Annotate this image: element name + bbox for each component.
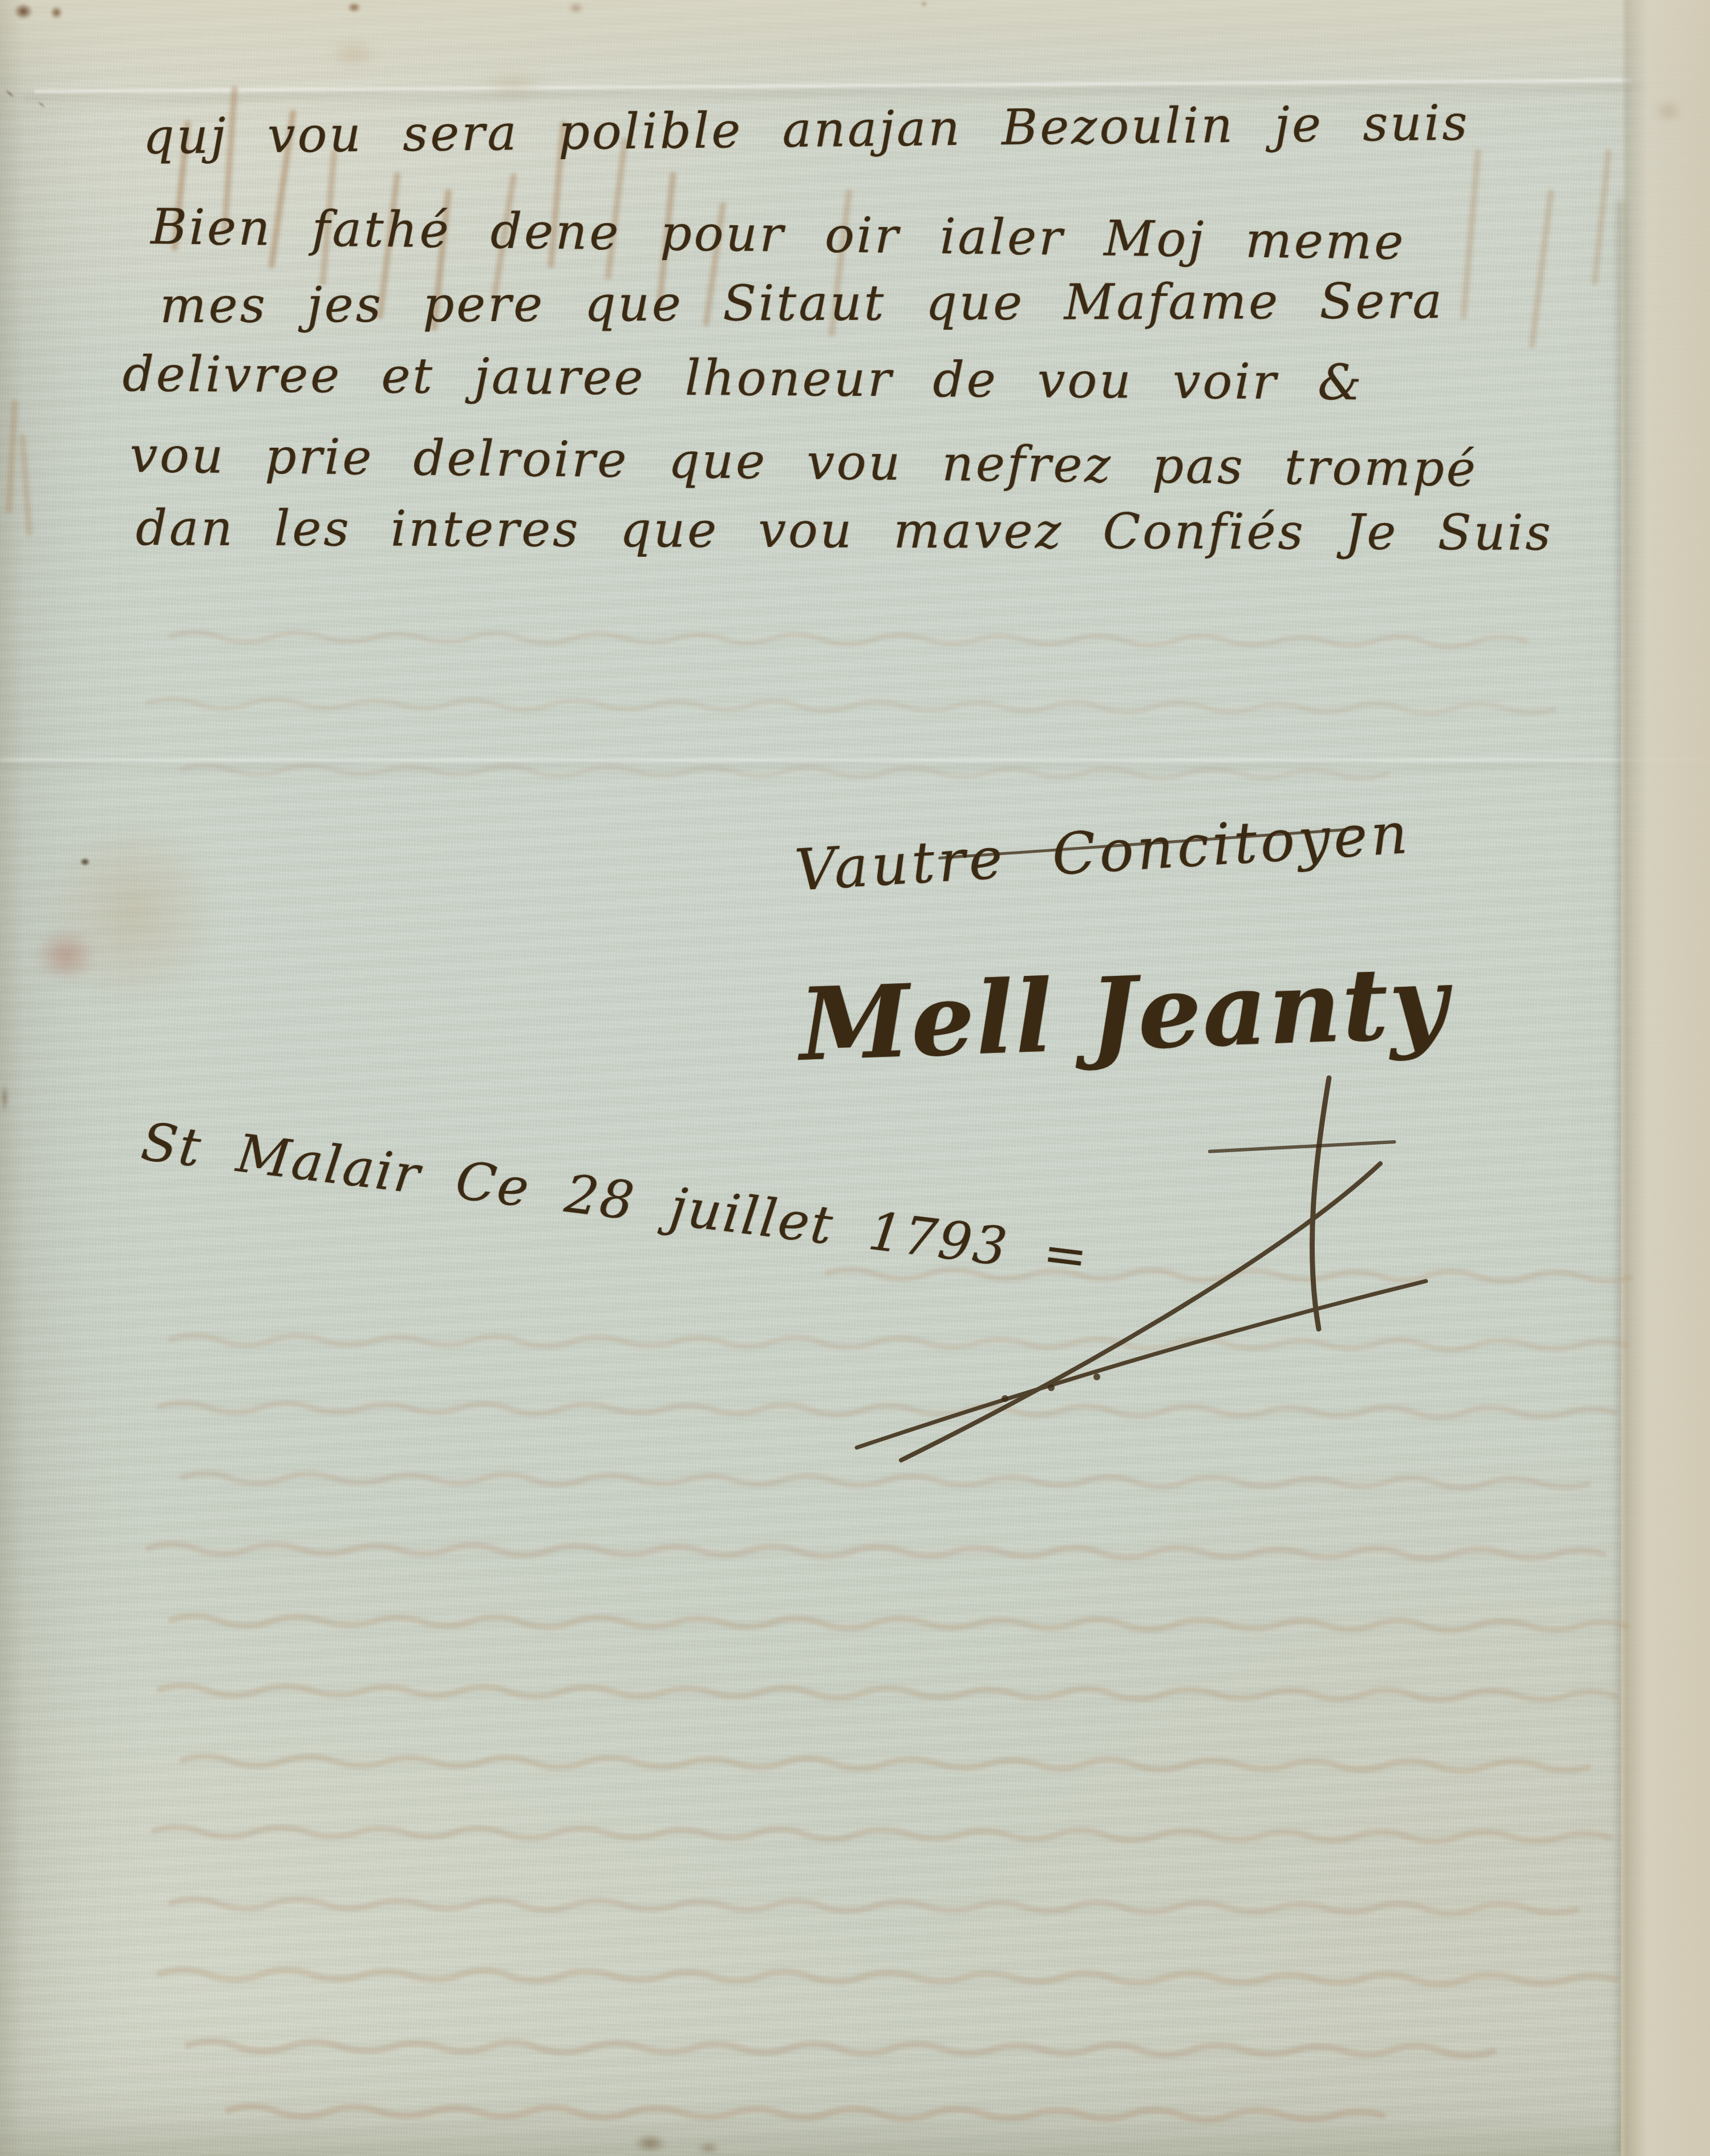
bleedthrough-stroke (1460, 149, 1481, 320)
right-page-edge (1621, 0, 1710, 2156)
stain (919, 0, 929, 8)
bleedthrough-stroke (1591, 149, 1612, 286)
stain (468, 63, 559, 108)
stain (566, 0, 586, 16)
letter-line-2: Bien fathé dene pour oir ialer Moj meme (151, 198, 1406, 271)
stain (0, 1078, 9, 1118)
stain (1648, 97, 1688, 125)
paper-fold-shadow (0, 763, 1710, 770)
letter-line-6: dan les interes que vou mavez Confiés Je… (136, 500, 1553, 562)
stain (345, 0, 364, 15)
closing-line: Vautre Concitoyen (793, 800, 1413, 904)
stain (78, 856, 92, 868)
paper-fold-line (0, 759, 1710, 761)
stain (319, 34, 388, 74)
stain (627, 2130, 673, 2156)
stain (23, 918, 108, 992)
stain (48, 3, 65, 22)
signature: Mell Jeanty (797, 944, 1450, 1084)
letter-page: quj vou sera polible anajan Bezoulin je … (0, 0, 1710, 2156)
place-date-line: St Malair Ce 28 juillet 1793 = (138, 1111, 1092, 1288)
letter-line-4: delivree et jauree lhoneur de vou voir & (122, 346, 1364, 411)
paper-bottom-shading (0, 2116, 1710, 2156)
letter-line-1: quj vou sera polible anajan Bezoulin je … (143, 95, 1470, 165)
bleedthrough-stroke (1529, 189, 1554, 348)
stain (11, 776, 257, 1049)
letter-line-3: mes jes pere que Sitaut que Mafame Sera (160, 273, 1444, 334)
stain (693, 2140, 724, 2156)
stain (10, 0, 37, 23)
signature-dash (1208, 1140, 1396, 1153)
letter-line-5: vou prie delroire que vou nefrez pas tro… (129, 427, 1478, 498)
